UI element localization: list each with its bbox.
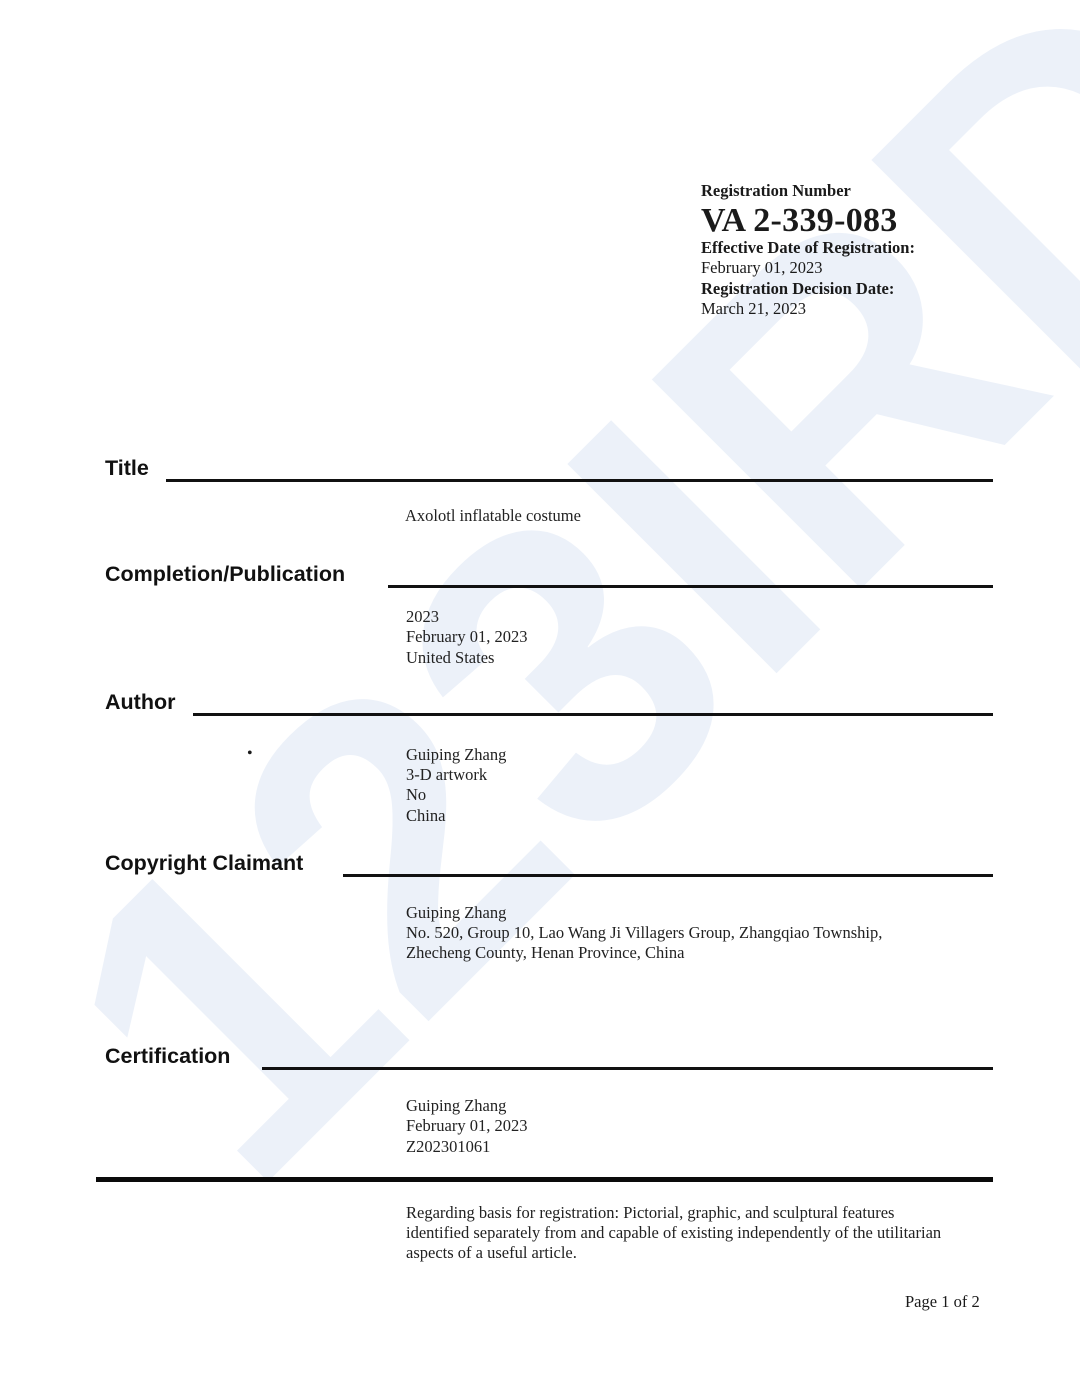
field-value: Z202301061 <box>406 1137 490 1157</box>
section-rule <box>166 479 993 482</box>
registration-number: VA 2-339-083 <box>701 202 915 240</box>
field-value: February 01, 2023 <box>406 627 527 647</box>
registration-number-label: Registration Number <box>701 181 915 202</box>
field-value: United States <box>406 648 494 668</box>
page-number: Page 1 of 2 <box>905 1292 980 1312</box>
field-value: 2023 <box>406 607 439 627</box>
effective-date: February 01, 2023 <box>701 258 915 279</box>
section-heading-author: Author <box>105 690 175 715</box>
section-rule <box>388 585 993 588</box>
section-rule <box>343 874 993 877</box>
field-value-line: Zhecheng County, Henan Province, China <box>406 943 684 963</box>
field-value: No <box>406 785 426 805</box>
field-value: February 01, 2023 <box>406 1116 527 1136</box>
section-rule <box>262 1067 993 1070</box>
section-heading-completion: Completion/Publication <box>105 562 345 587</box>
divider-rule <box>96 1177 993 1182</box>
effective-date-label: Effective Date of Registration: <box>701 238 915 259</box>
section-rule <box>193 713 993 716</box>
section-heading-title: Title <box>105 456 149 481</box>
field-value: Guiping Zhang <box>406 745 506 765</box>
section-heading-claimant: Copyright Claimant <box>105 851 303 876</box>
field-value: Axolotl inflatable costume <box>405 506 581 526</box>
notes-line: Regarding basis for registration: Pictor… <box>406 1203 894 1223</box>
field-value: China <box>406 806 445 826</box>
field-value-line: No. 520, Group 10, Lao Wang Ji Villagers… <box>406 923 882 943</box>
notes-line: identified separately from and capable o… <box>406 1223 941 1243</box>
bullet-icon: • <box>247 745 253 763</box>
decision-date-label: Registration Decision Date: <box>701 279 915 300</box>
field-value: 3-D artwork <box>406 765 487 785</box>
field-value: Guiping Zhang <box>406 1096 506 1116</box>
decision-date: March 21, 2023 <box>701 299 915 320</box>
watermark-text: 123IRD <box>0 0 1080 1266</box>
registration-block: Registration Number VA 2-339-083 Effecti… <box>701 181 915 320</box>
field-value-line: Guiping Zhang <box>406 903 506 923</box>
notes-line: aspects of a useful article. <box>406 1243 577 1263</box>
section-heading-certification: Certification <box>105 1044 230 1069</box>
